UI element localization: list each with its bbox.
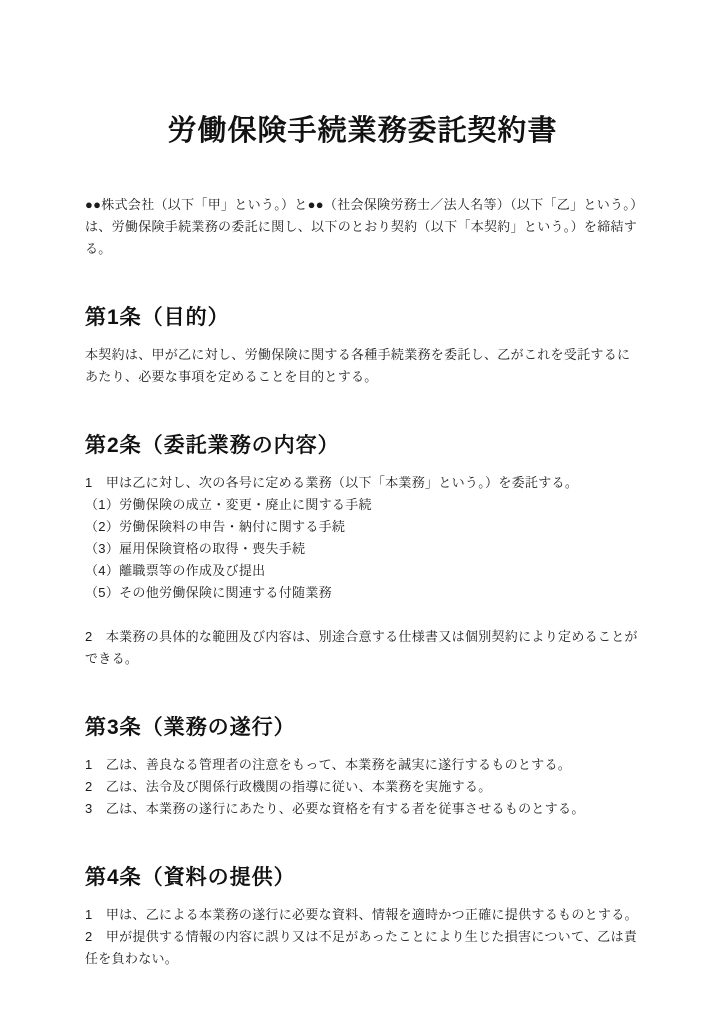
intro-paragraph: ●●株式会社（以下「甲」という。）と●●（社会保険労務士／法人名等）（以下「乙」… [85,194,640,260]
article-3-clause-3: 3 乙は、本業務の遂行にあたり、必要な資格を有する者を従事させるものとする。 [85,798,640,820]
article-3-clause-1: 1 乙は、善良なる管理者の注意をもって、本業務を誠実に遂行するものとする。 [85,754,640,776]
article-4-heading: 第4条（資料の提供） [85,864,640,892]
article-2-heading: 第2条（委託業務の内容） [85,432,640,460]
article-2-item-4: （4）離職票等の作成及び提出 [85,560,640,582]
article-3-clause-2: 2 乙は、法令及び関係行政機関の指導に従い、本業務を実施する。 [85,776,640,798]
article-3-heading: 第3条（業務の遂行） [85,714,640,742]
article-2-item-1: （1）労働保険の成立・変更・廃止に関する手続 [85,494,640,516]
article-1-paragraph: 本契約は、甲が乙に対し、労働保険に関する各種手続業務を委託し、乙がこれを受託する… [85,344,640,388]
article-2-clause-1: 1 甲は乙に対し、次の各号に定める業務（以下「本業務」という。）を委託する。 [85,472,640,494]
article-3: 第3条（業務の遂行） 1 乙は、善良なる管理者の注意をもって、本業務を誠実に遂行… [85,714,640,820]
article-2-item-2: （2）労働保険料の申告・納付に関する手続 [85,516,640,538]
article-4-clause-2: 2 甲が提供する情報の内容に誤り又は不足があったことにより生じた損害について、乙… [85,926,640,970]
article-1: 第1条（目的） 本契約は、甲が乙に対し、労働保険に関する各種手続業務を委託し、乙… [85,304,640,388]
article-2-clause-2: 2 本業務の具体的な範囲及び内容は、別途合意する仕様書又は個別契約により定めるこ… [85,626,640,670]
article-1-heading: 第1条（目的） [85,304,640,332]
contract-document-page: 労働保険手続業務委託契約書 ●●株式会社（以下「甲」という。）と●●（社会保険労… [0,0,724,1024]
document-title: 労働保険手続業務委託契約書 [85,112,640,150]
article-4-clause-1: 1 甲は、乙による本業務の遂行に必要な資料、情報を適時かつ正確に提供するものとす… [85,904,640,926]
article-4: 第4条（資料の提供） 1 甲は、乙による本業務の遂行に必要な資料、情報を適時かつ… [85,864,640,970]
article-2: 第2条（委託業務の内容） 1 甲は乙に対し、次の各号に定める業務（以下「本業務」… [85,432,640,670]
article-2-item-3: （3）雇用保険資格の取得・喪失手続 [85,538,640,560]
article-2-item-5: （5）その他労働保険に関連する付随業務 [85,582,640,604]
